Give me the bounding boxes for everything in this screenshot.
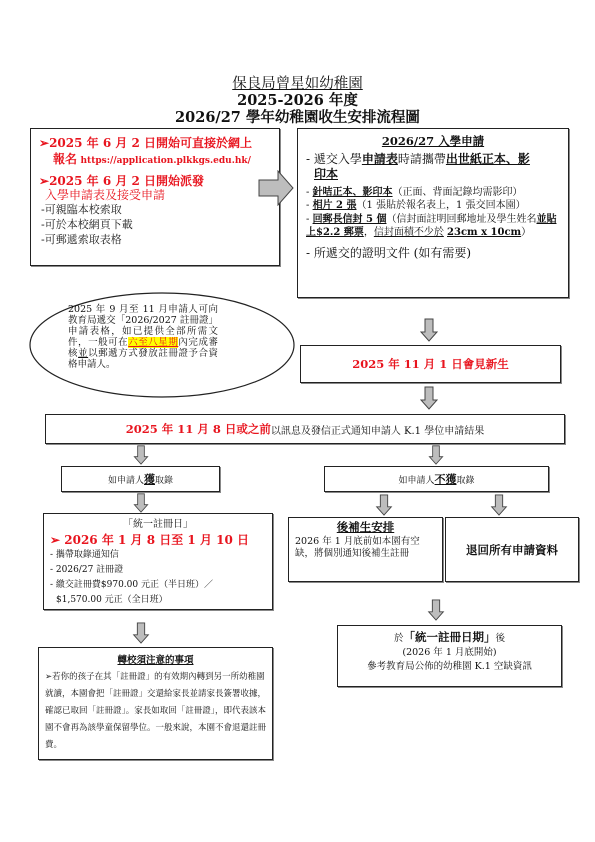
registration-item: $1,570.00 元正（全日班）	[50, 593, 266, 608]
arrow-down-icon	[420, 318, 438, 342]
required-doc-item: - 針咭正本、影印本（正面、背面記錄均需影印）	[306, 186, 560, 200]
arrow-down-icon	[375, 494, 393, 516]
k1-vacancy-box: 於「統一註冊日期」後 (2026 年 1 月底開始) 參考教育局公佈的幼稚園 K…	[337, 625, 562, 687]
waitlist-box: 後補生安排 2026 年 1 月底前如本園有空缺，將個別通知後補生註冊	[288, 517, 443, 582]
sub-item: -可郵遞索取表格	[39, 232, 271, 247]
registration-item: - 繳交註冊費$970.00 元正（半日班）／	[50, 578, 266, 593]
registration-heading: 「統一註冊日」	[50, 517, 266, 532]
arrow-down-icon	[427, 599, 445, 621]
admitted-box: 如申請人獲取錄	[61, 466, 220, 492]
highlighted-duration: 六至八星期	[128, 337, 178, 348]
arrow-down-icon	[132, 445, 150, 465]
return-documents-box: 退回所有申請資料	[445, 517, 579, 582]
arrow-right-icon	[258, 170, 294, 206]
online-apply-item: ➢2025 年 6 月 2 日開始可直接於網上	[39, 136, 271, 150]
registration-certificate-note: 2025 年 9 月至 11 月申請人可向教育局遞交「2026/2027 註冊證…	[68, 304, 218, 370]
admission-application-box: 2026/27 入學申請 - 遞交入學申請表時請攜帶出世紙正本、影 印本 - 針…	[297, 128, 569, 298]
sub-item: -可於本校網頁下載	[39, 217, 271, 232]
required-doc-item: - 回郵長信封 5 個（信封面註明回郵地址及學生姓名並貼上$2.2 郵票，信封面…	[306, 213, 560, 240]
page-title: 2026/27 學年幼稚園收生安排流程圖	[0, 106, 595, 127]
not-admitted-box: 如申請人不獲取錄	[324, 466, 549, 492]
arrow-down-icon	[132, 622, 150, 644]
admission-heading: 2026/27 入學申請	[306, 135, 560, 149]
bullet-arrow-icon: ➢	[50, 533, 60, 547]
online-application-box: ➢2025 年 6 月 2 日開始可直接於網上 報名 https://appli…	[30, 128, 280, 266]
required-doc-item: - 相片 2 張（1 張貼於報名表上，1 張交回本園）	[306, 199, 560, 213]
arrow-down-icon	[490, 494, 508, 516]
bullet-arrow-icon: ➢	[39, 174, 49, 188]
arrow-down-icon	[132, 493, 150, 513]
transfer-notes-box: 轉校須注意的事項 ➢若你的孩子在其「註冊證」的有效期內轉到另一所幼稚園就讀，本園…	[38, 647, 273, 760]
form-distribution-item: ➢2025 年 6 月 2 日開始派發	[39, 174, 271, 188]
bullet-arrow-icon: ➢	[39, 136, 49, 150]
meet-new-students-box: 2025 年 11 月 1 日會見新生	[300, 345, 561, 383]
transfer-heading: 轉校須注意的事項	[45, 652, 266, 669]
supporting-docs-item: - 所遞交的證明文件 (如有需要)	[306, 246, 560, 261]
waitlist-heading: 後補生安排	[295, 521, 436, 533]
registration-item: - 2026/27 註冊證	[50, 563, 266, 578]
unified-registration-box: 「統一註冊日」 ➢ 2026 年 1 月 8 日至 1 月 10 日 - 攜帶取…	[43, 513, 273, 610]
result-notification-box: 2025 年 11 月 8 日或之前以訊息及發信正式通知申請人 K.1 學位申請…	[45, 414, 565, 444]
arrow-down-icon	[420, 386, 438, 410]
application-url-link[interactable]: https://application.plkkgs.edu.hk/	[81, 156, 251, 166]
arrow-down-icon	[427, 445, 445, 465]
registration-item: - 攜帶取錄通知信	[50, 548, 266, 563]
sub-item: -可親臨本校索取	[39, 202, 271, 217]
